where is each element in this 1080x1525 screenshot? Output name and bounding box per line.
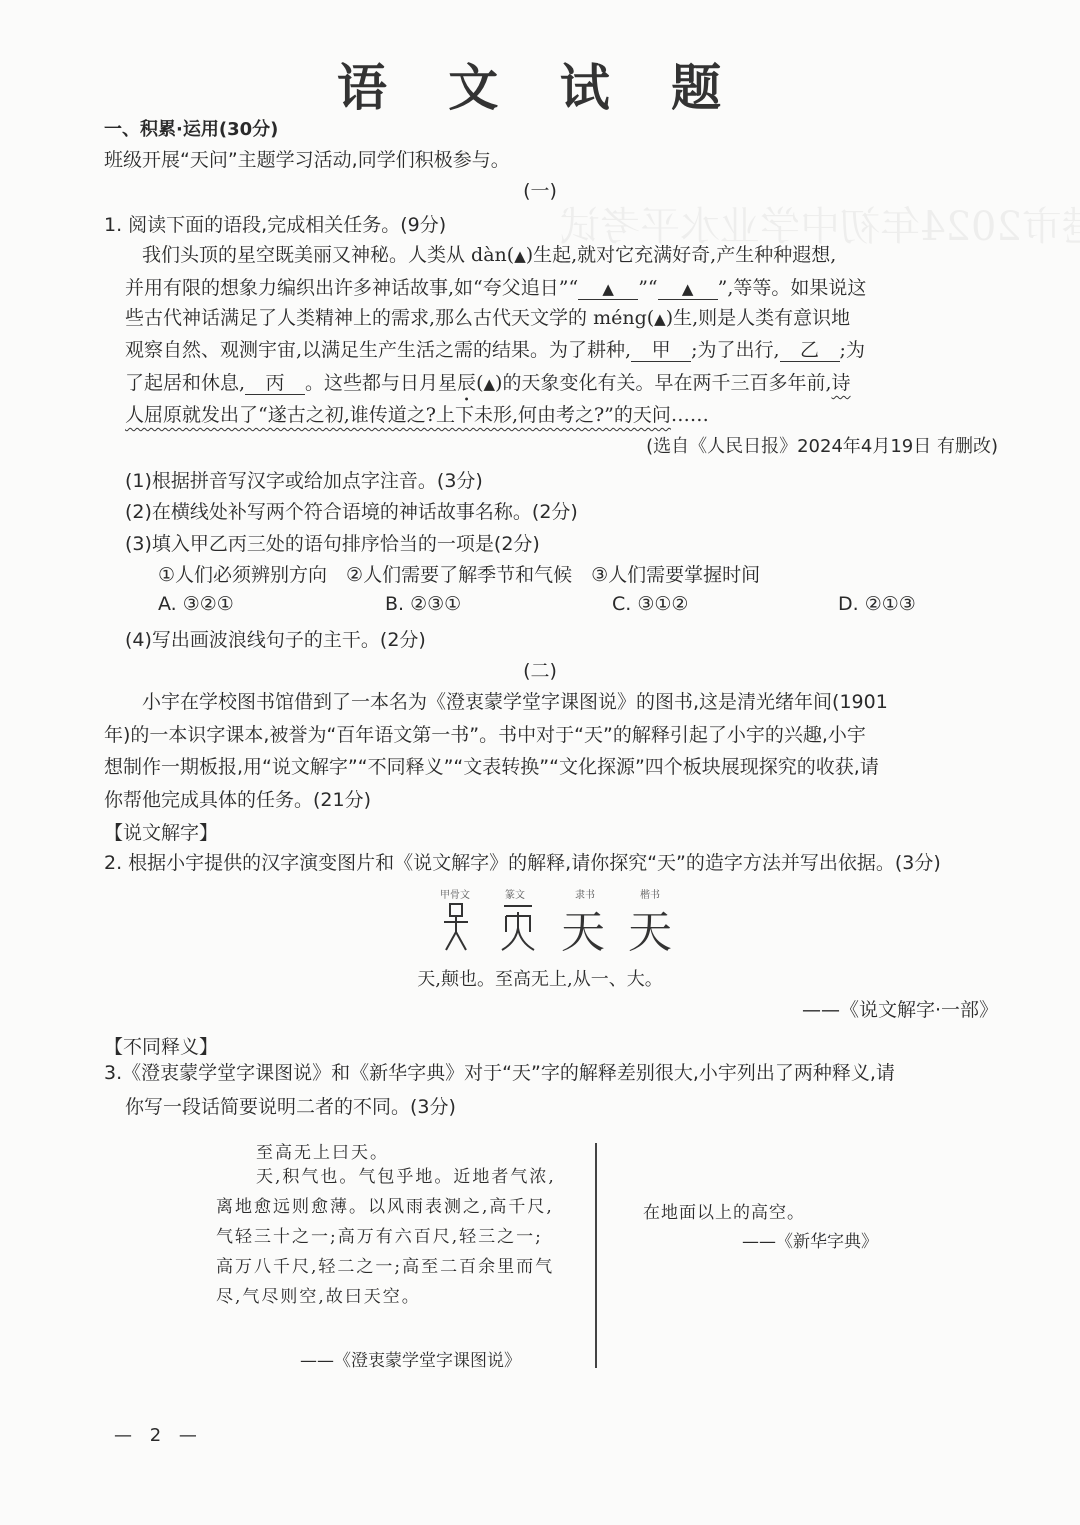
option-b[interactable]: B. ②③① (385, 593, 461, 615)
part2-intro-line-3: 想制作一期板报,用“说文解字”“不同释义”“文表转换”“文化探源”四个板块展现探… (104, 752, 879, 779)
passage-line-2: 并用有限的想象力编织出许多神话故事,如“夸父追日”“▲”“▲”,等等。如果说这 (125, 273, 866, 300)
q1-sub1: (1)根据拼音写汉字或给加点字注音。(3分) (125, 466, 483, 493)
part2-intro-line-4: 你帮他完成具体的任务。(21分) (104, 785, 371, 812)
page-title: 语 文 试 题 (0, 48, 1080, 120)
right-definition-text: 在地面以上的高空。 (643, 1198, 805, 1223)
left-definition-p2: 天,积气也。气包乎地。近地者气浓,离地愈远则愈薄。以风雨表测之,高千尺,气轻三十… (216, 1162, 561, 1312)
section-heading: 一、积累·运用(30分) (104, 115, 278, 141)
wavy-underline-sentence: 人屈原就发出了“遂古之初,谁传道之?上下未形,何由考之?”的天问 (125, 404, 671, 426)
section-intro: 班级开展“天问”主题学习活动,同学们积极参与。 (104, 145, 510, 172)
answer-blank-triangle[interactable]: ▲ (514, 247, 526, 265)
shuowen-source: ——《说文解字·一部》 (802, 995, 998, 1022)
option-c[interactable]: C. ③①② (612, 593, 688, 615)
left-definition-source: ——《澄衷蒙学堂字课图说》 (300, 1346, 521, 1371)
dotted-char: 辰 (457, 372, 476, 394)
clerical-tian-glyph: 天 (548, 896, 618, 960)
blank-bing[interactable]: 丙 (245, 373, 305, 395)
q1-sub4: (4)写出画波浪线句子的主干。(2分) (125, 625, 426, 652)
evo-label-seal: 篆文 (485, 886, 545, 901)
passage-source: (选自《人民日报》2024年4月19日 有删改) (646, 432, 998, 458)
evo-label-oracle: 甲骨文 (425, 886, 485, 901)
passage-line-4: 观察自然、观测宇宙,以满足生产生活之需的结果。为了耕种,甲;为了出行,乙;为 (125, 335, 865, 362)
myth-blank-1[interactable]: ▲ (578, 278, 638, 300)
q3-stem-line-1: 3.《澄衷蒙学堂字课图说》和《新华字典》对于“天”字的解释差别很大,小宇列出了两… (104, 1058, 895, 1085)
block-label-shuowen: 【说文解字】 (104, 818, 218, 845)
oracle-bone-tian-glyph (440, 902, 472, 952)
right-definition-source: ——《新华字典》 (742, 1227, 878, 1252)
blank-jia[interactable]: 甲 (631, 340, 691, 362)
answer-blank-triangle[interactable]: ▲ (484, 375, 496, 393)
wavy-underline-text: 诗 (832, 372, 851, 394)
option-a[interactable]: A. ③②① (158, 593, 234, 615)
left-definition-p1: 至高无上曰天。 (256, 1138, 389, 1163)
part1-label: (一) (0, 176, 1080, 203)
q1-sub3-items: ①人们必须辨别方向 ②人们需要了解季节和气候 ③人们需要掌握时间 (158, 560, 760, 587)
block-label-different-meanings: 【不同释义】 (104, 1032, 218, 1059)
answer-blank-triangle[interactable]: ▲ (654, 310, 666, 328)
shuowen-quote: 天,颠也。至高无上,从一、大。 (0, 965, 1080, 991)
passage-line-5: 了起居和休息,丙。这些都与日月星辰(▲)的天象变化有关。早在两千三百多年前,诗 (125, 368, 851, 395)
divider-line (595, 1143, 597, 1368)
option-d[interactable]: D. ②①③ (838, 593, 916, 615)
q1-stem: 1. 阅读下面的语段,完成相关任务。(9分) (104, 210, 446, 237)
q1-sub3: (3)填入甲乙丙三处的语句排序恰当的一项是(2分) (125, 529, 540, 556)
passage-line-1: 我们头顶的星空既美丽又神秘。人类从 dàn(▲)生起,就对它充满好奇,产生种种遐… (142, 240, 836, 267)
exam-page: 连云港市2024年初中学业水平考试 语 文 试 题 一、积累·运用(30分) 班… (0, 0, 1080, 1525)
part2-intro-line-2: 年)的一本识字课本,被誉为“百年语文第一书”。书中对于“天”的解释引起了小宇的兴… (104, 720, 866, 747)
regular-tian-glyph: 天 (615, 896, 685, 960)
passage-line-3: 些古代神话满足了人类精神上的需求,那么古代天文学的 méng(▲)生,则是人类有… (125, 303, 850, 330)
seal-script-tian-glyph (498, 902, 538, 952)
page-number: — 2 — (114, 1425, 203, 1446)
myth-blank-2[interactable]: ▲ (658, 278, 718, 300)
q2-stem: 2. 根据小宇提供的汉字演变图片和《说文解字》的解释,请你探究“天”的造字方法并… (104, 848, 941, 875)
part2-label: (二) (0, 656, 1080, 683)
q3-stem-line-2: 你写一段话简要说明二者的不同。(3分) (125, 1092, 456, 1119)
q1-sub2: (2)在横线处补写两个符合语境的神话故事名称。(2分) (125, 497, 578, 524)
blank-yi[interactable]: 乙 (780, 340, 840, 362)
passage-line-6: 人屈原就发出了“遂古之初,谁传道之?上下未形,何由考之?”的天问…… (125, 400, 709, 427)
part2-intro-line-1: 小宇在学校图书馆借到了一本名为《澄衷蒙学堂字课图说》的图书,这是清光绪年间(19… (142, 687, 888, 714)
